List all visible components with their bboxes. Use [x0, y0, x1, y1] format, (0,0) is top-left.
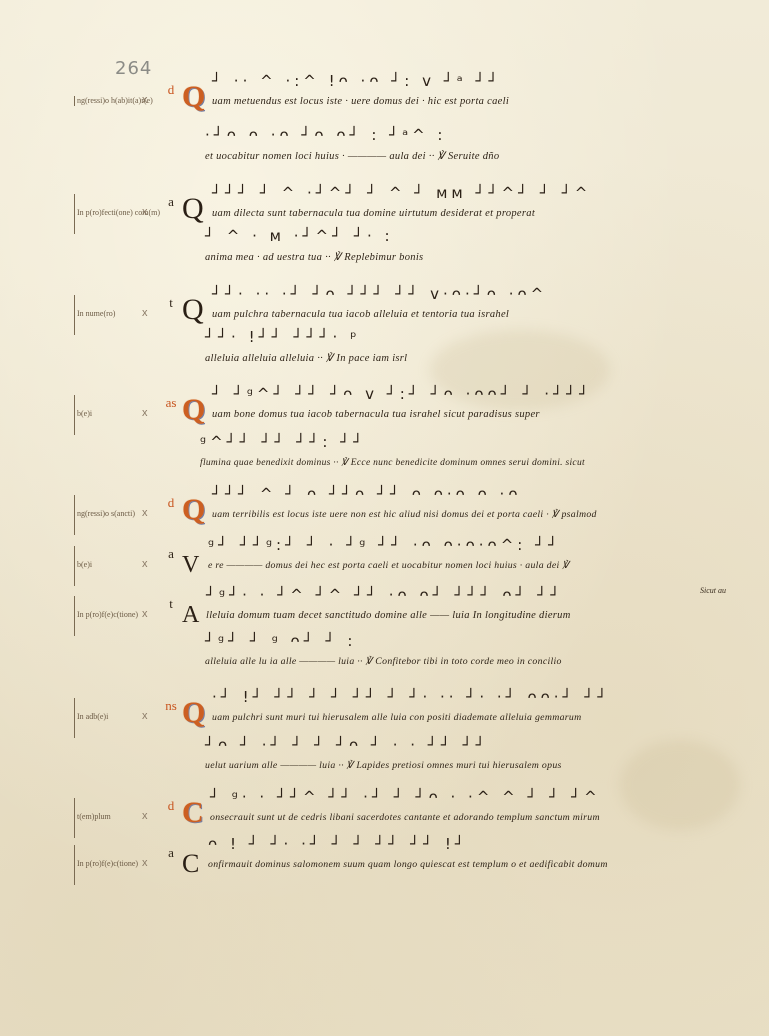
- neume-line: ┘ᵍ┘· · ┘^ ┘^ ┘┘ ·ᴖ ᴖ┘ ┘┘┘ ᴖ┘ ┘┘: [206, 586, 563, 604]
- chant-text: alleluia alle lu ia alle ———— luia ·· ℣ …: [205, 656, 562, 667]
- chant-3-line-2: ┘┘· !┘┘ ┘┘┘· ᵖ alleluia alleluia allelui…: [0, 348, 769, 372]
- neume-line: ┘ᴖ ┘ ·┘ ┘ ┘ ┘ᴖ ┘ · · ┘┘ ┘┘: [205, 736, 489, 754]
- margin-label: t(em)plum: [74, 798, 111, 838]
- chant-7-line-2: ┘ᵍ┘ ┘ ᵍ ᴖ┘ ┘ : alleluia alle lu ia alle …: [0, 652, 769, 676]
- margin-label: ng(ressi)o s(ancti): [74, 495, 135, 535]
- neume-line: ┘ ᵍ· · ┘┘^ ┘┘ ·┘ ┘ ┘ᴖ · ·^ ^ ┘ ┘ ┘^: [210, 788, 601, 806]
- neume-line: ᴖ ! ┘ ┘· ·┘ ┘ ┘ ┘┘ ┘┘ !┘: [208, 835, 468, 853]
- neume-line: ᵍ^┘┘ ┘┘ ┘┘: ┘┘: [200, 433, 366, 451]
- chant-3: In nume(ro) x t Q ┘┘· ·· ·┘ ┘ᴖ ┘┘┘ ┘┘ ᴠ·…: [0, 305, 769, 329]
- mode-mark: t: [164, 297, 178, 309]
- cross-mark: x: [142, 407, 148, 419]
- folio-number: 264: [115, 58, 152, 79]
- decorated-initial: Q: [182, 495, 205, 525]
- manuscript-page: 264 ng(ressi)o h(ab)it(a)r(e) x d Q ┘ ··…: [0, 0, 769, 1036]
- chant-text: uam dilecta sunt tabernacula tua domine …: [212, 208, 535, 219]
- cross-mark: x: [142, 558, 148, 570]
- chant-text: et uocabitur nomen loci huius · ———— aul…: [205, 150, 499, 162]
- mode-mark: a: [164, 548, 178, 560]
- cross-mark: x: [142, 608, 148, 620]
- cross-mark: x: [142, 94, 148, 106]
- decorated-initial: C: [182, 798, 204, 828]
- chant-4-line-2: ᵍ^┘┘ ┘┘ ┘┘: ┘┘ flumina quae benedixit do…: [0, 453, 769, 477]
- neume-line: ┘ ·· ^ ·:^ !ᴖ ·ᴖ ┘: ᴠ ┘ᵃ ┘┘: [212, 72, 502, 90]
- decorated-initial: Q: [182, 395, 205, 425]
- mode-mark: d: [164, 84, 178, 96]
- neume-line: ┘┘┘ ┘ ^ ·┘^┘ ┘ ^ ┘ ᴍᴍ ┘┘^┘ ┘ ┘^: [212, 184, 591, 202]
- decorated-initial: C: [182, 849, 199, 879]
- chant-8-line-2: ┘ᴖ ┘ ·┘ ┘ ┘ ┘ᴖ ┘ · · ┘┘ ┘┘ uelut uarium …: [0, 756, 769, 780]
- chant-text: e re ———— domus dei hec est porta caeli …: [208, 560, 569, 571]
- chant-text: uam terribilis est locus iste uere non e…: [212, 509, 597, 520]
- chant-text: flumina quae benedixit dominus ·· ℣ Ecce…: [200, 457, 585, 468]
- cross-mark: x: [142, 710, 148, 722]
- neume-line: ┘┘· !┘┘ ┘┘┘· ᵖ: [205, 328, 361, 346]
- chant-6-verse: b(e)i x a V ᵍ┘ ┘┘ᵍ:┘ ┘ · ┘ᵍ ┘┘ ·ᴖ ᴖ·ᴖ·ᴖ^…: [0, 556, 769, 580]
- chant-text: uam pulchra tabernacula tua iacob allelu…: [212, 309, 509, 320]
- chant-text: lleluia domum tuam decet sanctitudo domi…: [206, 610, 571, 621]
- chant-text: onsecrauit sunt ut de cedris libani sace…: [210, 812, 600, 823]
- cross-mark: x: [142, 857, 148, 869]
- chant-10: In p(ro)f(e)c(tione) x a C ᴖ ! ┘ ┘· ·┘ ┘…: [0, 855, 769, 879]
- margin-label: b(e)i: [74, 546, 92, 586]
- neume-line: ┘┘· ·· ·┘ ┘ᴖ ┘┘┘ ┘┘ ᴠ·ᴖ·┘ᴖ ·ᴖ^: [212, 285, 547, 303]
- cross-mark: x: [142, 507, 148, 519]
- chant-text: anima mea · ad uestra tua ·· ℣ Replebimu…: [205, 251, 423, 263]
- chant-2: In p(ro)fecti(one) com(m) x a Q ┘┘┘ ┘ ^ …: [0, 204, 769, 228]
- mode-mark: d: [164, 800, 178, 812]
- decorated-initial: Q: [182, 698, 205, 728]
- mode-mark: a: [164, 196, 178, 208]
- margin-label: b(e)i: [74, 395, 92, 435]
- decorated-initial: Q: [182, 82, 205, 112]
- mode-mark: as: [164, 397, 178, 409]
- chant-text: uam pulchri sunt muri tui hierusalem all…: [212, 712, 581, 723]
- decorated-initial: A: [182, 600, 199, 630]
- chant-text: alleluia alleluia alleluia ·· ℣ In pace …: [205, 352, 407, 364]
- chant-text: onfirmauit dominus salomonem suum quam l…: [208, 859, 608, 870]
- neume-line: ┘ᵍ┘ ┘ ᵍ ᴖ┘ ┘ :: [205, 632, 356, 650]
- margin-label: In nume(ro): [74, 295, 115, 335]
- chant-5: ng(ressi)o s(ancti) x d Q ┘┘┘ ^ ┘ ᴖ ┘┘ᴖ …: [0, 505, 769, 529]
- chant-4: b(e)i x as Q ┘ ┘ᵍ^┘ ┘┘ ┘ᴖ ᴠ ┘:┘ ┘ᴖ ·ᴖᴖ┘ …: [0, 405, 769, 429]
- chant-1: ng(ressi)o h(ab)it(a)r(e) x d Q ┘ ·· ^ ·…: [0, 92, 769, 116]
- neume-line: ┘ ^ · ᴍ ·┘^┘ ┘· :: [205, 227, 394, 245]
- neume-line: ┘ ┘ᵍ^┘ ┘┘ ┘ᴖ ᴠ ┘:┘ ┘ᴖ ·ᴖᴖ┘ ┘ ·┘┘┘: [212, 385, 592, 403]
- decorated-initial: Q: [182, 194, 204, 224]
- margin-label: In p(ro)f(e)c(tione): [74, 596, 138, 636]
- mode-mark: t: [164, 598, 178, 610]
- cross-mark: x: [142, 206, 148, 218]
- cross-mark: x: [142, 810, 148, 822]
- chant-7: In p(ro)f(e)c(tione) x t A ┘ᵍ┘· · ┘^ ┘^ …: [0, 606, 769, 630]
- verse-initial: V: [182, 550, 199, 580]
- cross-mark: x: [142, 307, 148, 319]
- mode-mark: d: [164, 497, 178, 509]
- mode-mark: ns: [164, 700, 178, 712]
- neume-line: ᵍ┘ ┘┘ᵍ:┘ ┘ · ┘ᵍ ┘┘ ·ᴖ ᴖ·ᴖ·ᴖ^: ┘┘: [208, 536, 561, 554]
- chant-text: uam bone domus tua iacob tabernacula tua…: [212, 409, 540, 420]
- decorated-initial: Q: [182, 295, 204, 325]
- neume-line: ·┘ᴖ ᴖ ·ᴖ ┘ᴖ ᴖ┘ : ┘ᵃ^ :: [205, 126, 446, 144]
- chant-9: t(em)plum x d C ┘ ᵍ· · ┘┘^ ┘┘ ·┘ ┘ ┘ᴖ · …: [0, 808, 769, 832]
- chant-8: In adb(e)i x ns Q ·┘ !┘ ┘┘ ┘ ┘ ┘┘ ┘ ┘· ·…: [0, 708, 769, 732]
- mode-mark: a: [164, 847, 178, 859]
- margin-label: ng(ressi)o h(ab)it(a)r(e): [74, 96, 153, 106]
- marginal-incipit: Sicut au: [700, 586, 726, 595]
- neume-line: ┘┘┘ ^ ┘ ᴖ ┘┘ᴖ ┘┘ ᴖ ᴖ·ᴖ ᴖ ·ᴖ: [212, 485, 522, 503]
- chant-1-line-2: ·┘ᴖ ᴖ ·ᴖ ┘ᴖ ᴖ┘ : ┘ᵃ^ : et uocabitur nome…: [0, 146, 769, 170]
- neume-line: ·┘ !┘ ┘┘ ┘ ┘ ┘┘ ┘ ┘· ·· ┘· ·┘ ᴖᴖ·┘ ┘┘: [212, 688, 610, 706]
- margin-label: In adb(e)i: [74, 698, 108, 738]
- chant-text: uam metuendus est locus iste · uere domu…: [212, 96, 509, 107]
- chant-2-line-2: ┘ ^ · ᴍ ·┘^┘ ┘· : anima mea · ad uestra …: [0, 247, 769, 271]
- chant-text: uelut uarium alle ———— luia ·· ℣ Lapides…: [205, 760, 562, 771]
- margin-label: In p(ro)f(e)c(tione): [74, 845, 138, 885]
